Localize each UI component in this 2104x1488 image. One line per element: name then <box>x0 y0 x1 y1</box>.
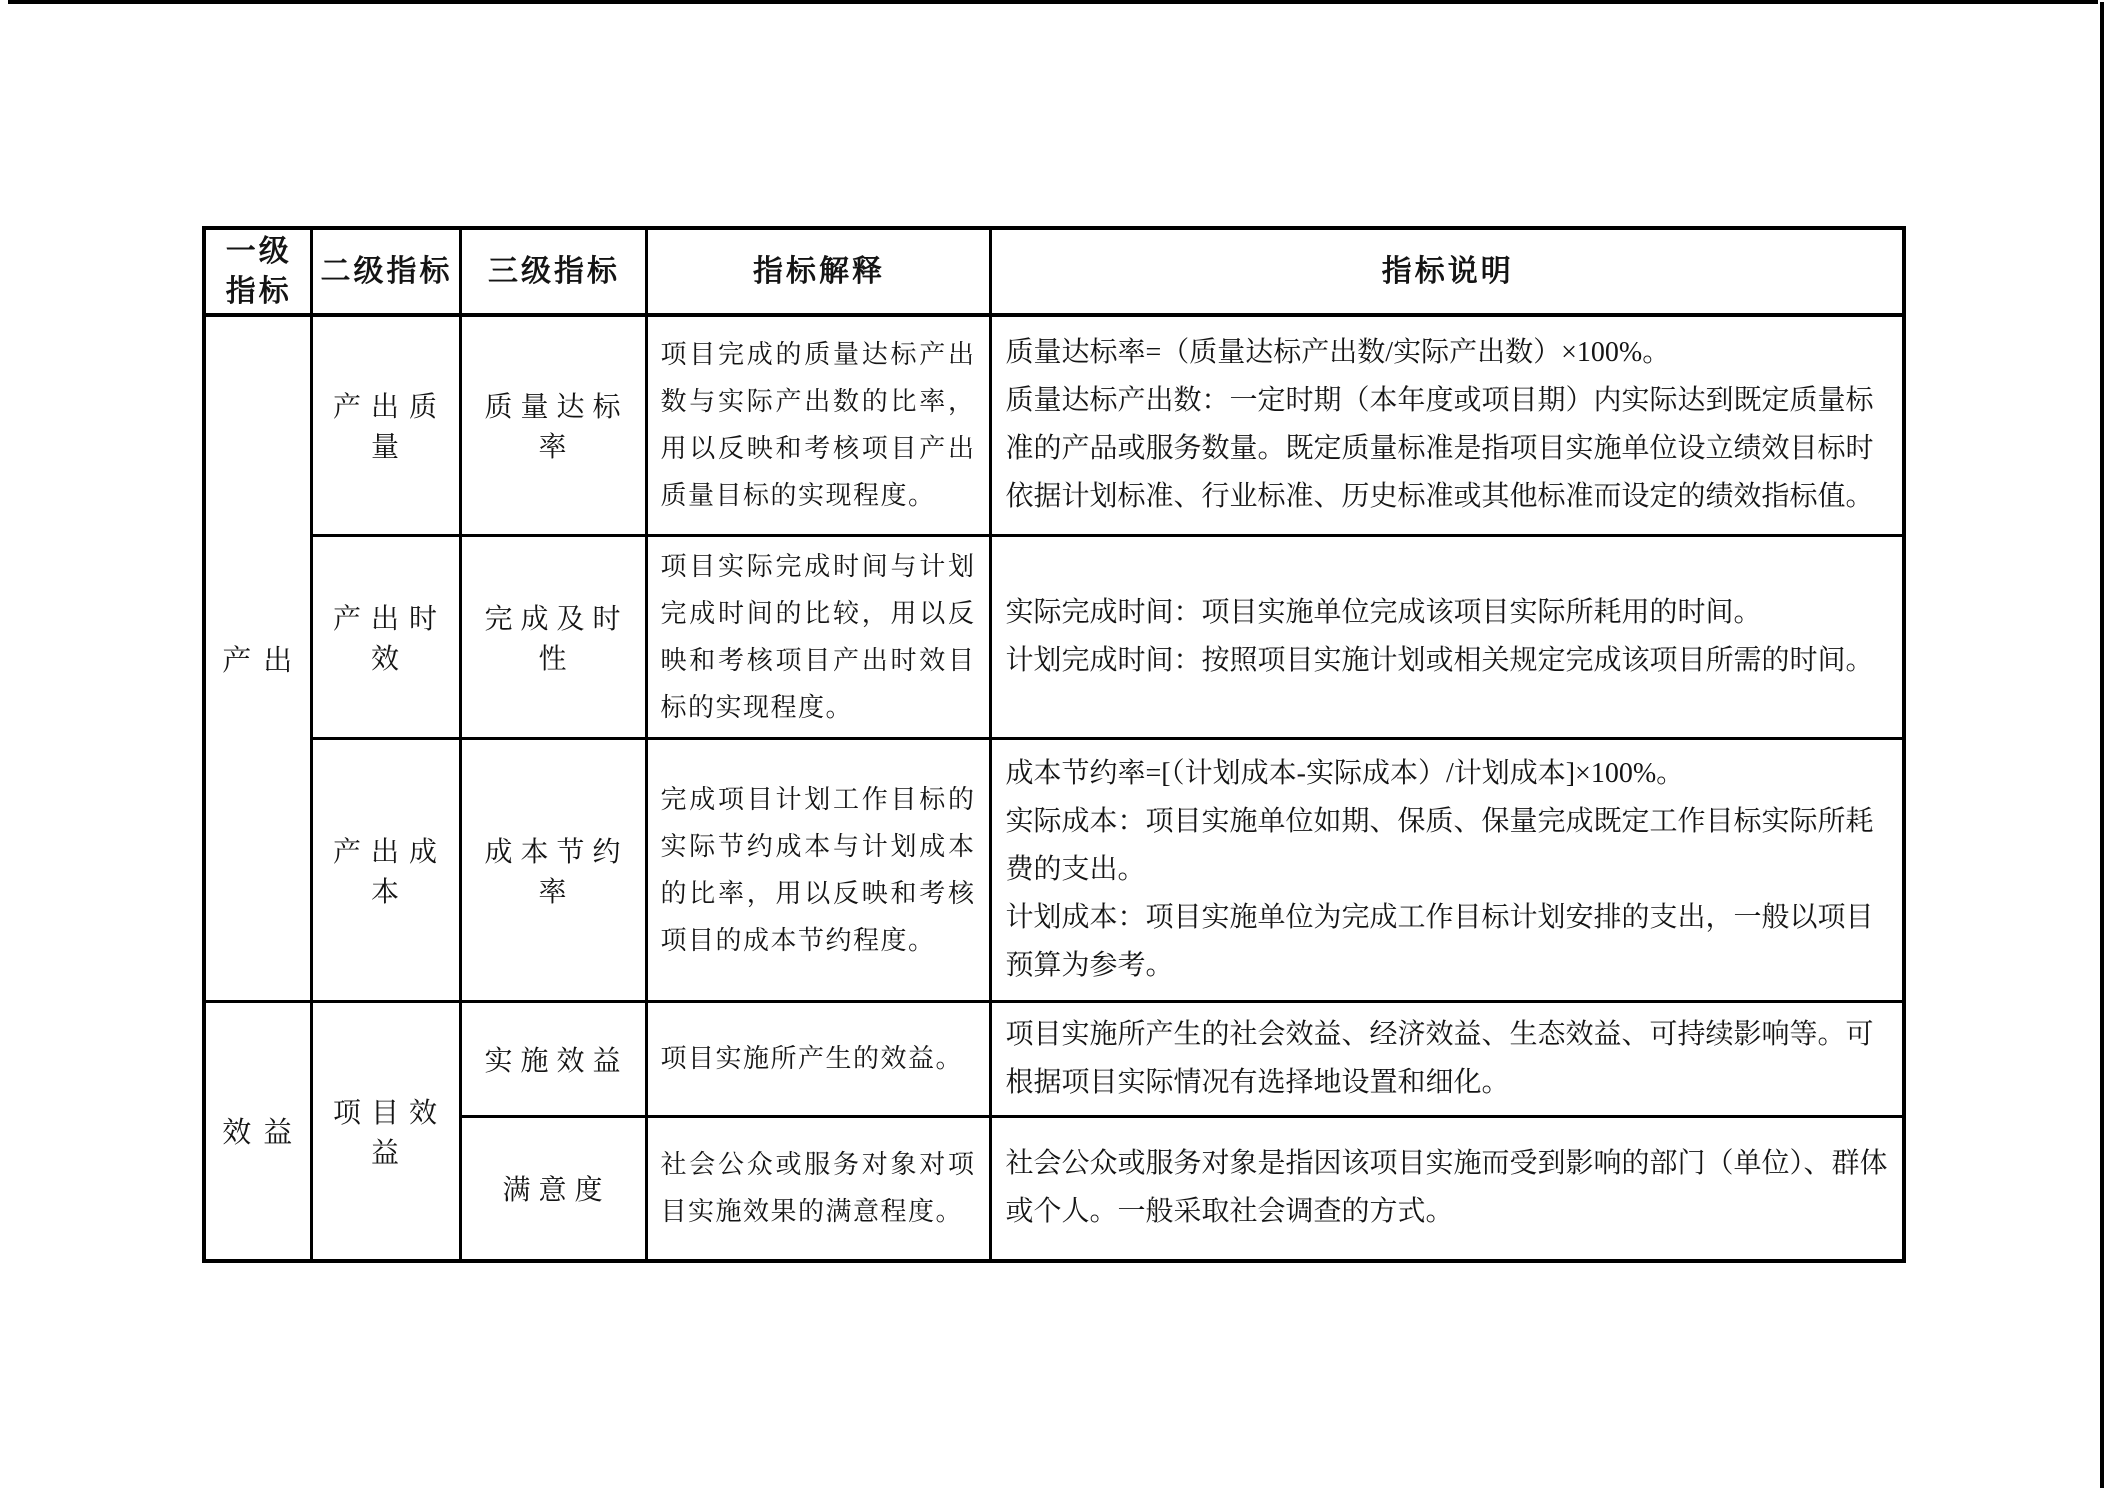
explain-cell: 项目实施所产生的效益。 <box>646 1001 990 1116</box>
desc-cell: 实际完成时间：项目实施单位完成该项目实际所耗用的时间。 计划完成时间：按照项目实… <box>990 535 1904 738</box>
header-level2: 二级指标 <box>311 228 460 315</box>
table-row: 产出成本 成本节约率 完成项目计划工作目标的实际节约成本与计划成本的比率，用以反… <box>204 738 1904 1001</box>
indicator-table: 一级 指标 二级指标 三级指标 指标解释 指标说明 产出 产出质量 质量达标率 … <box>202 226 1906 1263</box>
level2-cell: 产出质量 <box>311 315 460 535</box>
level3-cell: 质量达标率 <box>460 315 646 535</box>
desc-cell: 成本节约率=[（计划成本-实际成本）/计划成本]×100%。 实际成本：项目实施… <box>990 738 1904 1001</box>
header-level3: 三级指标 <box>460 228 646 315</box>
level3-cell: 完成及时性 <box>460 535 646 738</box>
scan-edge-right-line <box>2100 2 2104 1488</box>
level3-cell: 满意度 <box>460 1116 646 1261</box>
desc-cell: 项目实施所产生的社会效益、经济效益、生态效益、可持续影响等。可根据项目实际情况有… <box>990 1001 1904 1116</box>
document-page: 一级 指标 二级指标 三级指标 指标解释 指标说明 产出 产出质量 质量达标率 … <box>0 0 2104 1488</box>
header-level1: 一级 指标 <box>204 228 311 315</box>
header-row: 一级 指标 二级指标 三级指标 指标解释 指标说明 <box>204 228 1904 315</box>
level1-cell: 产出 <box>204 315 311 1001</box>
level2-cell: 产出时效 <box>311 535 460 738</box>
explain-cell: 社会公众或服务对象对项目实施效果的满意程度。 <box>646 1116 990 1261</box>
level2-cell: 产出成本 <box>311 738 460 1001</box>
level3-cell: 实施效益 <box>460 1001 646 1116</box>
scan-edge-top-line <box>8 0 2098 4</box>
table-row: 产出时效 完成及时性 项目实际完成时间与计划完成时间的比较，用以反映和考核项目产… <box>204 535 1904 738</box>
header-desc: 指标说明 <box>990 228 1904 315</box>
header-explain: 指标解释 <box>646 228 990 315</box>
level3-cell: 成本节约率 <box>460 738 646 1001</box>
desc-cell: 社会公众或服务对象是指因该项目实施而受到影响的部门（单位）、群体或个人。一般采取… <box>990 1116 1904 1261</box>
desc-cell: 质量达标率=（质量达标产出数/实际产出数）×100%。 质量达标产出数：一定时期… <box>990 315 1904 535</box>
explain-cell: 项目实际完成时间与计划完成时间的比较，用以反映和考核项目产出时效目标的实现程度。 <box>646 535 990 738</box>
explain-cell: 完成项目计划工作目标的实际节约成本与计划成本的比率，用以反映和考核项目的成本节约… <box>646 738 990 1001</box>
level2-cell: 项目效益 <box>311 1001 460 1261</box>
level1-cell: 效益 <box>204 1001 311 1261</box>
table-row: 产出 产出质量 质量达标率 项目完成的质量达标产出数与实际产出数的比率，用以反映… <box>204 315 1904 535</box>
explain-cell: 项目完成的质量达标产出数与实际产出数的比率，用以反映和考核项目产出质量目标的实现… <box>646 315 990 535</box>
table-row: 效益 项目效益 实施效益 项目实施所产生的效益。 项目实施所产生的社会效益、经济… <box>204 1001 1904 1116</box>
